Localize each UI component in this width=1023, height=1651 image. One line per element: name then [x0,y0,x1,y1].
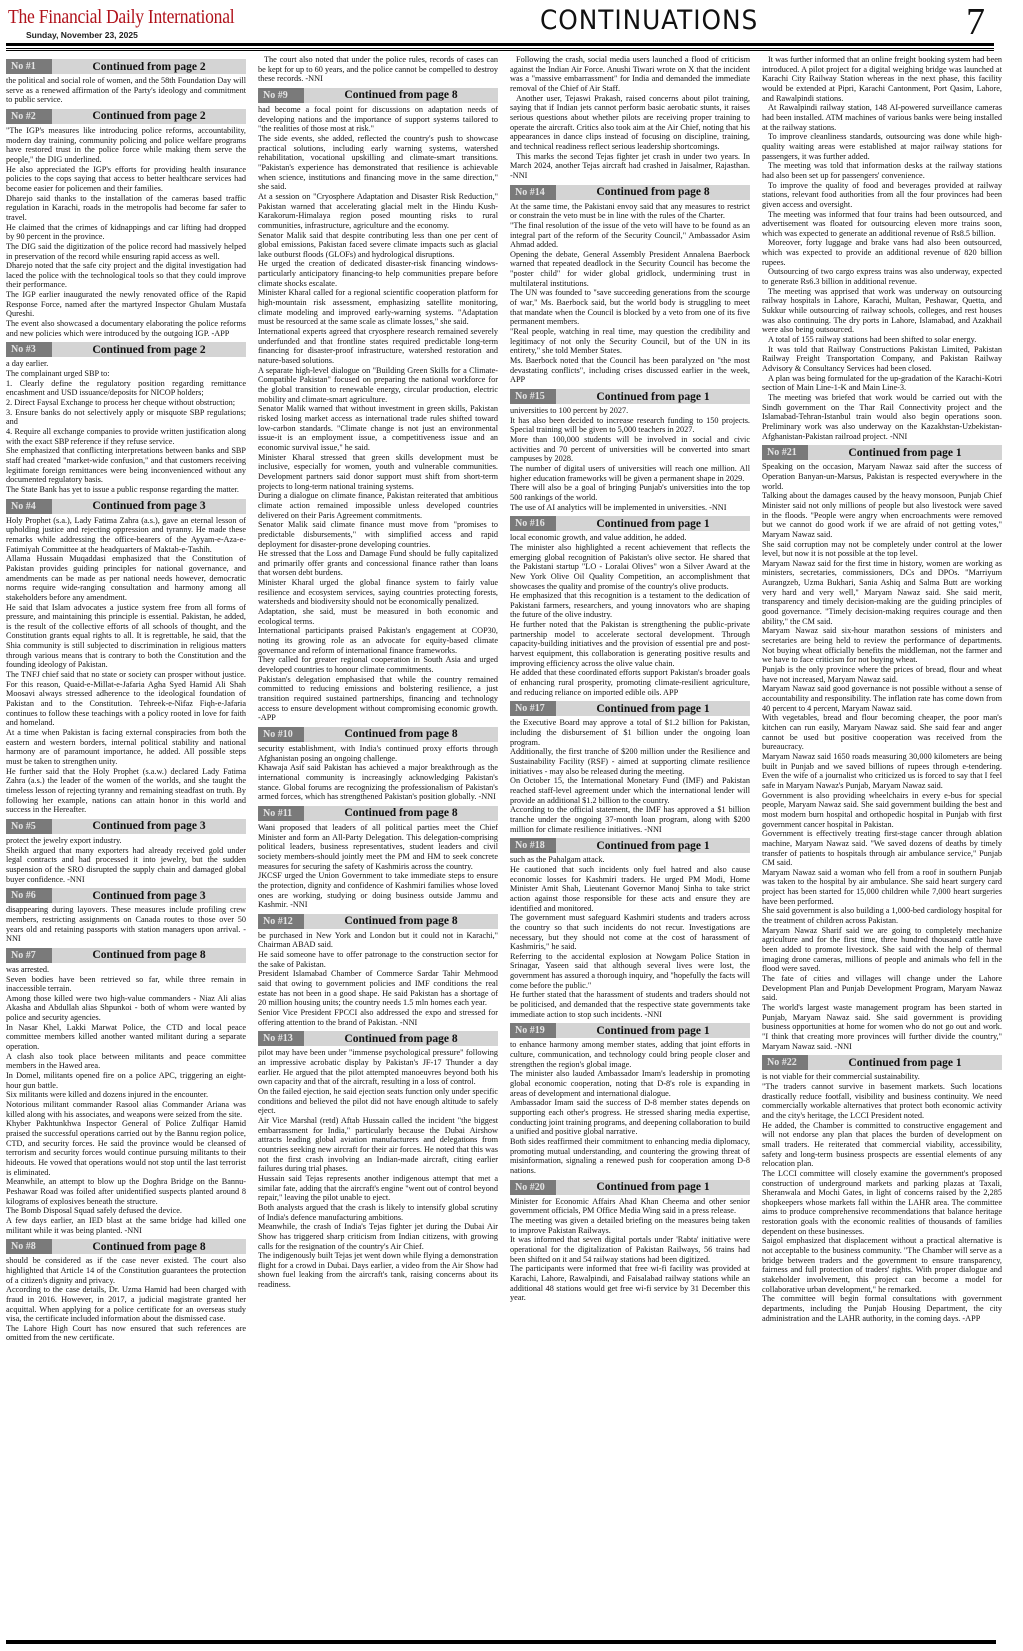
article-paragraph: He also appreciated the IGP's efforts fo… [6,165,246,194]
footer-rule [6,1640,996,1644]
article-continuation: No #14Continued from page 8At the same t… [510,185,750,385]
article-paragraph: the political and social role of women, … [6,76,246,105]
article-paragraph: Among those killed were two high-value c… [6,994,246,1023]
article-continuation-spill: The court also noted that under the poli… [258,55,498,84]
article-paragraph: Maryam Nawaz said 1650 roads measuring 3… [762,752,1002,791]
article-paragraph: local economic growth, and value additio… [510,533,750,543]
article-number: No #12 [258,914,304,929]
continuation-header: No #10Continued from page 8 [258,727,498,742]
article-paragraph: The UN was founded to "save succeeding g… [510,288,750,327]
article-paragraph: Meanwhile, an attempt to blow up the Dog… [6,1177,246,1206]
article-paragraph: Opening the debate, General Assembly Pre… [510,250,750,289]
article-paragraph: Minister for Economic Affairs Ahad Khan … [510,1197,750,1216]
article-paragraph: Khawaja Asif said Pakistan has achieved … [258,763,498,802]
article-paragraph: Saigol emphasized that displacement with… [762,1236,1002,1294]
article-paragraph: At the same time, the Pakistani envoy sa… [510,202,750,221]
article-paragraph: "The IGP's measures like introducing pol… [6,126,246,165]
article-paragraph: The use of AI analytics will be implemen… [510,503,750,513]
continued-from-label: Continued from page 1 [556,840,750,852]
article-paragraph: JKCSF urged the Union Government to take… [258,871,498,910]
article-paragraph: He stressed that the Loss and Damage Fun… [258,549,498,578]
article-paragraph: Maryam Nawaz said for the first time in … [762,559,1002,627]
article-paragraph: Senator Malik said that despite contribu… [258,231,498,260]
article-paragraph: He cautioned that such incidents only fu… [510,865,750,913]
article-continuation: No #4Continued from page 3Holy Prophet (… [6,499,246,815]
article-paragraph: In Nasar Khel, Lakki Marwat Police, the … [6,1023,246,1052]
continued-from-label: Continued from page 8 [52,1241,246,1253]
article-paragraph: On October 15, the International Monetar… [510,776,750,805]
article-paragraph: The side events, she added, reflected th… [258,134,498,192]
article-paragraph: A separate high-level dialogue on "Build… [258,366,498,405]
article-paragraph: He claimed that the crimes of kidnapping… [6,223,246,242]
article-paragraph: Khyber Pakhtunkhwa Inspector General of … [6,1119,246,1177]
continued-from-label: Continued from page 2 [52,344,246,356]
article-continuation: No #19Continued from page 1to enhance ha… [510,1023,750,1175]
continuation-header: No #2Continued from page 2 [6,109,246,124]
continued-from-label: Continued from page 2 [52,61,246,73]
continuation-header: No #7Continued from page 8 [6,948,246,963]
continued-from-label: Continued from page 1 [808,447,1002,459]
article-paragraph: Seven bodies have been retrieved so far,… [6,975,246,994]
article-paragraph: Minister Kharal stressed that green skil… [258,453,498,492]
article-paragraph: universities to 100 percent by 2027. [510,406,750,416]
continuation-header: No #13Continued from page 8 [258,1031,498,1046]
article-paragraph: The world's largest waste management pro… [762,1003,1002,1051]
article-paragraph: Another user, Tejaswi Prakash, raised co… [510,94,750,152]
article-paragraph: The fate of cities and villages will cha… [762,974,1002,1003]
article-paragraph: Ms. Baerbock noted that the Council has … [510,356,750,385]
article-number: No #21 [762,445,808,460]
article-number: No #20 [510,1180,556,1195]
article-number: No #1 [6,59,52,74]
article-paragraph: had become a focal point for discussions… [258,105,498,134]
article-paragraph: At Rawalpindi railway station, 148 AI-po… [762,103,1002,132]
article-continuation: No #9Continued from page 8had become a f… [258,88,498,723]
article-paragraph: They called for greater regional coopera… [258,655,498,674]
article-paragraph: He said that Islam advocates a justice s… [6,603,246,671]
article-paragraph: Maryam Nawaz said six-hour marathon sess… [762,626,1002,665]
article-paragraph: He further said that the Holy Prophet (s… [6,767,246,815]
continuation-header: No #11Continued from page 8 [258,806,498,821]
article-paragraph: According to the official statement, the… [510,805,750,834]
continued-from-label: Continued from page 2 [52,110,246,122]
article-paragraph: This marks the second Tejas fighter jet … [510,152,750,181]
article-paragraph: Maryam Nawaz Sharif said we are going to… [762,926,1002,974]
article-paragraph: was arrested. [6,965,246,975]
article-paragraph: The indigenously built Tejas jet went do… [258,1251,498,1290]
article-paragraph: Ambassador Imam said the success of D-8 … [510,1098,750,1137]
article-paragraph: He urged the creation of dedicated disas… [258,259,498,288]
column-1: No #1Continued from page 2the political … [6,55,246,1640]
article-number: No #18 [510,838,556,853]
article-paragraph: Minister Kharal urged the global finance… [258,578,498,607]
article-paragraph: The number of digital users of universit… [510,464,750,483]
article-paragraph: Talking about the damages caused by the … [762,491,1002,539]
article-number: No #3 [6,342,52,357]
continuation-header: No #6Continued from page 3 [6,888,246,903]
article-paragraph: The court also noted that under the poli… [258,55,498,84]
article-paragraph: The committee will begin formal consulta… [762,1294,1002,1323]
article-continuation: No #21Continued from page 1Speaking on t… [762,445,1002,1051]
article-number: No #5 [6,819,52,834]
article-paragraph: such as the Pahalgam attack. [510,855,750,865]
article-paragraph: Air Vice Marshal (retd) Aftab Hussain ca… [258,1116,498,1174]
article-paragraph: The minister also highlighted a recent a… [510,543,750,591]
article-paragraph: With vegetables, bread and flour becomin… [762,713,1002,752]
article-paragraph: 1. Clearly define the regulatory positio… [6,379,246,398]
continued-from-label: Continued from page 1 [556,1025,750,1037]
continuation-header: No #9Continued from page 8 [258,88,498,103]
article-continuation: No #20Continued from page 1Minister for … [510,1180,750,1303]
article-paragraph: Dharejo noted that the safe city project… [6,261,246,290]
article-paragraph: Senior Vice President FPCCI also address… [258,1008,498,1027]
article-number: No #17 [510,701,556,716]
article-paragraph: Government is effectively treating first… [762,829,1002,868]
continuation-header: No #21Continued from page 1 [762,445,1002,460]
article-paragraph: On the failed ejection, he said ejection… [258,1087,498,1116]
article-paragraph: At a session on "Cryosphere Adaptation a… [258,192,498,231]
continued-from-label: Continued from page 3 [52,820,246,832]
article-paragraph: In Domel, militants opened fire on a pol… [6,1071,246,1090]
continued-from-label: Continued from page 8 [304,915,498,927]
article-continuation: No #2Continued from page 2"The IGP's mea… [6,109,246,338]
article-continuation: No #18Continued from page 1such as the P… [510,838,750,1019]
article-paragraph: To improve the quality of food and bever… [762,181,1002,210]
article-continuation: No #5Continued from page 3protect the je… [6,819,246,884]
article-paragraph: security establishment, with India's con… [258,744,498,763]
article-paragraph: 3. Ensure banks do not selectively apply… [6,408,246,427]
article-paragraph: Additionally, the first tranche of $200 … [510,747,750,776]
article-number: No #13 [258,1031,304,1046]
continued-from-label: Continued from page 8 [304,807,498,819]
continuation-header: No #5Continued from page 3 [6,819,246,834]
article-paragraph: At a time when Pakistan is facing extern… [6,728,246,767]
continued-from-label: Continued from page 8 [304,1033,498,1045]
continuation-header: No #3Continued from page 2 [6,342,246,357]
article-paragraph: He emphasized that this recognition is a… [510,591,750,620]
article-paragraph: Speaking on the occasion, Maryam Nawaz s… [762,462,1002,491]
continuation-header: No #19Continued from page 1 [510,1023,750,1038]
article-paragraph: It was further informed that an online f… [762,55,1002,103]
article-paragraph: Adaptation, she said, must be measured i… [258,607,498,626]
article-paragraph: More than 100,000 students will be invol… [510,435,750,464]
article-paragraph: Senator Malik said climate finance must … [258,520,498,549]
section-title: CONTINUATIONS [540,5,758,36]
article-paragraph: Notorious militant commander Rasool alia… [6,1100,246,1119]
article-number: No #22 [762,1055,808,1070]
article-paragraph: "Real people, watching in real time, may… [510,327,750,356]
article-paragraph: He said someone have to offer patronage … [258,950,498,969]
newspaper-name: The Financial Daily International [8,6,234,29]
article-paragraph: There will also be a goal of bringing Pu… [510,483,750,502]
article-paragraph: The government must safeguard Kashmiri s… [510,913,750,952]
article-paragraph: She said government is also building a 1… [762,906,1002,925]
article-paragraph: A few days earlier, an IED blast at the … [6,1216,246,1235]
continuation-header: No #15Continued from page 1 [510,389,750,404]
article-paragraph: Moreover, forty luggage and brake vans h… [762,238,1002,267]
article-paragraph: Senator Malik warned that without invest… [258,404,498,452]
page-columns: No #1Continued from page 2the political … [6,55,996,1640]
continued-from-label: Continued from page 8 [52,949,246,961]
article-continuation-spill: It was further informed that an online f… [762,55,1002,441]
continued-from-label: Continued from page 8 [556,186,750,198]
continuation-header: No #12Continued from page 8 [258,914,498,929]
continued-from-label: Continued from page 1 [556,518,750,530]
article-paragraph: He added that these coordinated efforts … [510,668,750,697]
article-continuation: No #6Continued from page 3disappearing d… [6,888,246,944]
continuation-header: No #4Continued from page 3 [6,499,246,514]
header-rule-thin [6,50,994,51]
article-number: No #4 [6,499,52,514]
article-paragraph: During a dialogue on climate finance, Pa… [258,491,498,520]
article-number: No #11 [258,806,304,821]
article-paragraph: is not viable for their commercial susta… [762,1072,1002,1082]
article-paragraph: the Executive Board may approve a total … [510,718,750,747]
article-paragraph: "The final resolution of the issue of th… [510,221,750,250]
article-paragraph: International experts agreed that cryosp… [258,327,498,366]
article-paragraph: 2. Direct Faysal Exchange to process her… [6,398,246,408]
article-paragraph: He added, the Chamber is committed to co… [762,1121,1002,1169]
article-paragraph: Dharejo said thanks to the installation … [6,194,246,223]
continued-from-label: Continued from page 1 [556,703,750,715]
article-paragraph: The meeting was given a detailed briefin… [510,1216,750,1235]
continuation-header: No #16Continued from page 1 [510,516,750,531]
article-paragraph: A clash also took place between militant… [6,1052,246,1071]
article-paragraph: Maryam Nawaz said a woman who fell from … [762,868,1002,907]
article-paragraph: "The traders cannot survive in basement … [762,1082,1002,1121]
article-paragraph: The Lahore High Court has now ensured th… [6,1324,246,1343]
continued-from-label: Continued from page 1 [556,1181,750,1193]
header-rule-thin [6,48,994,49]
article-paragraph: Holy Prophet (s.a.), Lady Fatima Zahra (… [6,516,246,555]
column-3: Following the crash, social media users … [510,55,750,1640]
article-paragraph: President Islamabad Chamber of Commerce … [258,969,498,1008]
article-number: No #15 [510,389,556,404]
article-paragraph: According to the case details, Dr. Uzma … [6,1285,246,1324]
article-continuation-spill: Following the crash, social media users … [510,55,750,181]
continuation-header: No #14Continued from page 8 [510,185,750,200]
article-continuation: No #11Continued from page 8Wani proposed… [258,806,498,910]
article-paragraph: It was informed that seven digital porta… [510,1235,750,1264]
article-number: No #2 [6,109,52,124]
article-continuation: No #22Continued from page 1is not viable… [762,1055,1002,1323]
article-continuation: No #3Continued from page 2a day earlier.… [6,342,246,494]
article-paragraph: It has also been decided to increase res… [510,416,750,435]
continued-from-label: Continued from page 3 [52,500,246,512]
article-paragraph: Punjab is the only province where the pr… [762,665,1002,684]
article-continuation: No #13Continued from page 8pilot may hav… [258,1031,498,1289]
article-paragraph: The meeting was informed that four train… [762,210,1002,239]
article-paragraph: Referring to the accidental explosion at… [510,952,750,991]
article-continuation: No #10Continued from page 8security esta… [258,727,498,802]
continued-from-label: Continued from page 1 [808,1057,1002,1069]
article-number: No #10 [258,727,304,742]
article-continuation: No #1Continued from page 2the political … [6,59,246,105]
article-paragraph: The TNFJ chief said that no state or soc… [6,670,246,728]
continued-from-label: Continued from page 1 [556,391,750,403]
continuation-header: No #20Continued from page 1 [510,1180,750,1195]
article-number: No #9 [258,88,304,103]
article-paragraph: disappearing during layovers. These meas… [6,905,246,944]
article-paragraph: It was told that Railway Constructions P… [762,345,1002,374]
article-paragraph: He further stated that the harassment of… [510,990,750,1019]
article-paragraph: 4. Require all exchange companies to pro… [6,427,246,446]
continuation-header: No #18Continued from page 1 [510,838,750,853]
continued-from-label: Continued from page 3 [52,890,246,902]
continuation-header: No #17Continued from page 1 [510,701,750,716]
article-paragraph: The meeting was briefed that work would … [762,393,1002,441]
article-paragraph: She said corruption may not be completel… [762,540,1002,559]
article-paragraph: Both analysts argued that the crash is l… [258,1203,498,1222]
article-number: No #8 [6,1239,52,1254]
article-paragraph: Government is also providing wheelchairs… [762,791,1002,830]
article-paragraph: Minister Kharal called for a regional sc… [258,288,498,327]
article-continuation: No #17Continued from page 1the Executive… [510,701,750,834]
article-paragraph: The complainant urged SBP to: [6,369,246,379]
article-paragraph: The State Bank has yet to issue a public… [6,485,246,495]
article-paragraph: be purchased in New York and London but … [258,931,498,950]
article-paragraph: The minister also lauded Ambassador Imam… [510,1069,750,1098]
article-paragraph: Hussain said Tejas represents another in… [258,1174,498,1203]
article-paragraph: should be considered as if the case neve… [6,1256,246,1285]
article-paragraph: Sheikh argued that many exporters had al… [6,846,246,885]
continued-from-label: Continued from page 8 [304,89,498,101]
article-paragraph: protect the jewelry export industry. [6,836,246,846]
article-paragraph: He further noted that the Pakistan is st… [510,620,750,668]
article-paragraph: Allama Hussain Muqaddasi emphasized that… [6,554,246,602]
article-paragraph: A plan was being formulated for the up-g… [762,374,1002,393]
article-paragraph: She emphasized that conflicting interpre… [6,446,246,485]
header-rule [6,43,994,46]
article-continuation: No #12Continued from page 8be purchased … [258,914,498,1028]
article-paragraph: Following the crash, social media users … [510,55,750,94]
article-paragraph: Wani proposed that leaders of all politi… [258,823,498,871]
article-paragraph: Outsourcing of two cargo express trains … [762,267,1002,286]
article-paragraph: A total of 155 railway stations had been… [762,335,1002,345]
continued-from-label: Continued from page 8 [304,728,498,740]
article-paragraph: To improve cleanliness standards, outsou… [762,132,1002,161]
article-paragraph: The meeting was told that information de… [762,161,1002,180]
article-number: No #6 [6,888,52,903]
article-number: No #19 [510,1023,556,1038]
article-continuation: No #16Continued from page 1local economi… [510,516,750,697]
article-paragraph: The Bomb Disposal Squad safely defused t… [6,1206,246,1216]
article-continuation: No #7Continued from page 8was arrested.S… [6,948,246,1235]
issue-date: Sunday, November 23, 2025 [26,30,138,40]
article-paragraph: a day earlier. [6,359,246,369]
article-number: No #14 [510,185,556,200]
page-number: 7 [966,0,985,44]
continuation-header: No #22Continued from page 1 [762,1055,1002,1070]
article-paragraph: The event also showcased a documentary e… [6,319,246,338]
article-paragraph: The meeting was apprised that work was u… [762,287,1002,335]
article-paragraph: Maryam Nawaz said good governance is not… [762,684,1002,713]
article-number: No #16 [510,516,556,531]
article-paragraph: The IGP earlier inaugurated the newly re… [6,290,246,319]
article-paragraph: to enhance harmony among member states, … [510,1040,750,1069]
column-2: The court also noted that under the poli… [258,55,498,1640]
column-4: It was further informed that an online f… [762,55,1002,1640]
article-number: No #7 [6,948,52,963]
article-paragraph: International participants praised Pakis… [258,626,498,655]
article-paragraph: Six militants were killed and dozens inj… [6,1090,246,1100]
article-paragraph: The DIG said the digitization of the pol… [6,242,246,261]
article-paragraph: pilot may have been under "immense psych… [258,1048,498,1087]
article-paragraph: Both sides reaffirmed their commitment t… [510,1137,750,1176]
article-paragraph: Meanwhile, the crash of India's Tejas fi… [258,1222,498,1251]
article-paragraph: Pakistan's delegation emphasised that wh… [258,675,498,723]
article-continuation: No #15Continued from page 1universities … [510,389,750,512]
continuation-header: No #8Continued from page 8 [6,1239,246,1254]
article-paragraph: The LCCI committee will closely examine … [762,1169,1002,1237]
article-paragraph: The participants were informed that free… [510,1264,750,1303]
continuation-header: No #1Continued from page 2 [6,59,246,74]
article-continuation: No #8Continued from page 8should be cons… [6,1239,246,1343]
masthead: The Financial Daily International Sunday… [0,0,1023,50]
